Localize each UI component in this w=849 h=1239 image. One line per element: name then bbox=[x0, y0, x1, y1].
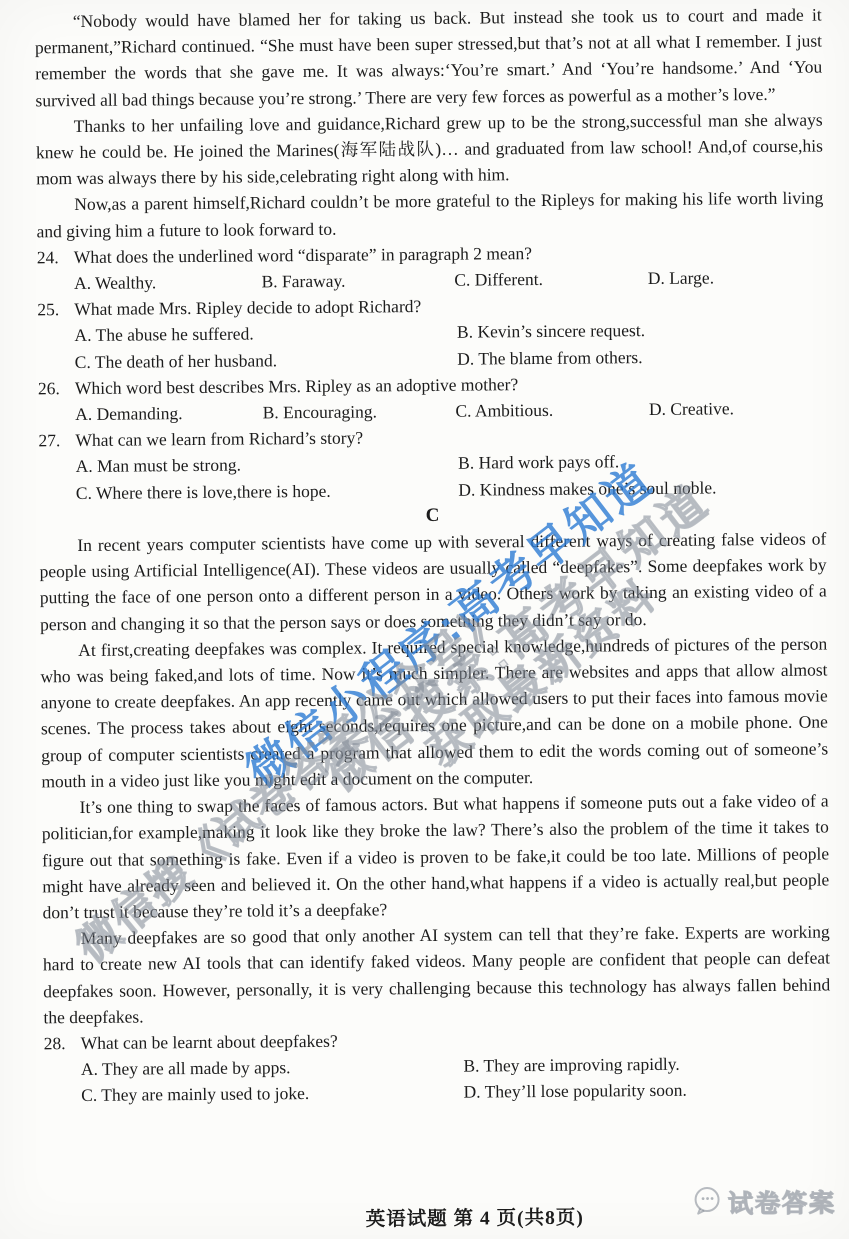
question-26-option-c: C. Ambitious. bbox=[455, 396, 649, 424]
question-28-option-c: C. They are mainly used to joke. bbox=[81, 1079, 464, 1109]
passage-c-paragraph-1: In recent years computer scientists have… bbox=[39, 526, 827, 638]
question-24: 24.What does the underlined word “dispar… bbox=[37, 237, 824, 296]
question-26-option-a: A. Demanding. bbox=[75, 399, 263, 427]
question-28-options: A. They are all made by apps. B. They ar… bbox=[81, 1050, 831, 1109]
question-27-options: A. Man must be strong. B. Hard work pays… bbox=[76, 447, 826, 506]
question-27-option-b: B. Hard work pays off. bbox=[458, 447, 826, 476]
question-25: 25.What made Mrs. Ripley decide to adopt… bbox=[37, 290, 825, 375]
question-25-number: 25. bbox=[37, 296, 74, 323]
passage-c-paragraph-3: It’s one thing to swap the faces of famo… bbox=[42, 788, 830, 926]
exam-page-scan: “Nobody would have blamed her for taking… bbox=[0, 0, 849, 1239]
question-27-number: 27. bbox=[38, 427, 75, 454]
question-28-text: What can be learnt about deepfakes? bbox=[81, 1031, 338, 1053]
question-27-option-a: A. Man must be strong. bbox=[76, 450, 459, 480]
question-26-number: 26. bbox=[38, 375, 75, 402]
question-27-option-d: D. Kindness makes one’s soul noble. bbox=[458, 473, 826, 502]
question-28-option-b: B. They are improving rapidly. bbox=[463, 1050, 831, 1079]
question-24-option-b: B. Faraway. bbox=[261, 267, 454, 295]
passage-b-paragraph-2: Thanks to her unfailing love and guidanc… bbox=[36, 106, 824, 191]
question-27: 27.What can we learn from Richard’s stor… bbox=[38, 421, 826, 506]
passage-b-paragraph-1: “Nobody would have blamed her for taking… bbox=[35, 2, 823, 114]
question-26-option-b: B. Encouraging. bbox=[263, 398, 456, 426]
passage-c-paragraph-2: At first,creating deepfakes was complex.… bbox=[40, 630, 828, 794]
question-25-option-c: C. The death of her husband. bbox=[75, 345, 458, 375]
passage-c-paragraph-4: Many deepfakes are so good that only ano… bbox=[43, 919, 831, 1031]
question-25-option-a: A. The abuse he suffered. bbox=[74, 319, 457, 349]
question-25-text: What made Mrs. Ripley decide to adopt Ri… bbox=[74, 296, 421, 319]
question-26-option-d: D. Creative. bbox=[649, 395, 825, 423]
passage-b-paragraph-3: Now,as a parent himself,Richard couldn’t… bbox=[36, 185, 823, 244]
question-25-options: A. The abuse he suffered. B. Kevin’s sin… bbox=[74, 316, 824, 375]
page-footer: 英语试题 第 4 页(共8页) bbox=[50, 1199, 849, 1234]
question-28-number: 28. bbox=[44, 1030, 81, 1057]
exam-content: “Nobody would have blamed her for taking… bbox=[0, 0, 849, 1109]
question-24-text: What does the underlined word “disparate… bbox=[74, 243, 532, 267]
question-24-option-c: C. Different. bbox=[454, 265, 648, 293]
question-26: 26.Which word best describes Mrs. Ripley… bbox=[38, 368, 825, 427]
question-28-option-a: A. They are all made by apps. bbox=[81, 1053, 464, 1083]
question-28-option-d: D. They’ll lose popularity soon. bbox=[464, 1076, 832, 1105]
scan-area: “Nobody would have blamed her for taking… bbox=[0, 0, 849, 1239]
question-27-option-c: C. Where there is love,there is hope. bbox=[76, 476, 459, 506]
question-24-number: 24. bbox=[37, 244, 74, 271]
question-25-option-b: B. Kevin’s sincere request. bbox=[457, 316, 825, 345]
question-24-option-a: A. Wealthy. bbox=[74, 268, 262, 296]
question-28: 28.What can be learnt about deepfakes? A… bbox=[44, 1023, 832, 1108]
question-26-text: Which word best describes Mrs. Ripley as… bbox=[75, 374, 518, 398]
question-25-option-d: D. The blame from others. bbox=[457, 342, 825, 371]
question-27-text: What can we learn from Richard’s story? bbox=[75, 428, 363, 451]
question-24-option-d: D. Large. bbox=[648, 264, 824, 292]
